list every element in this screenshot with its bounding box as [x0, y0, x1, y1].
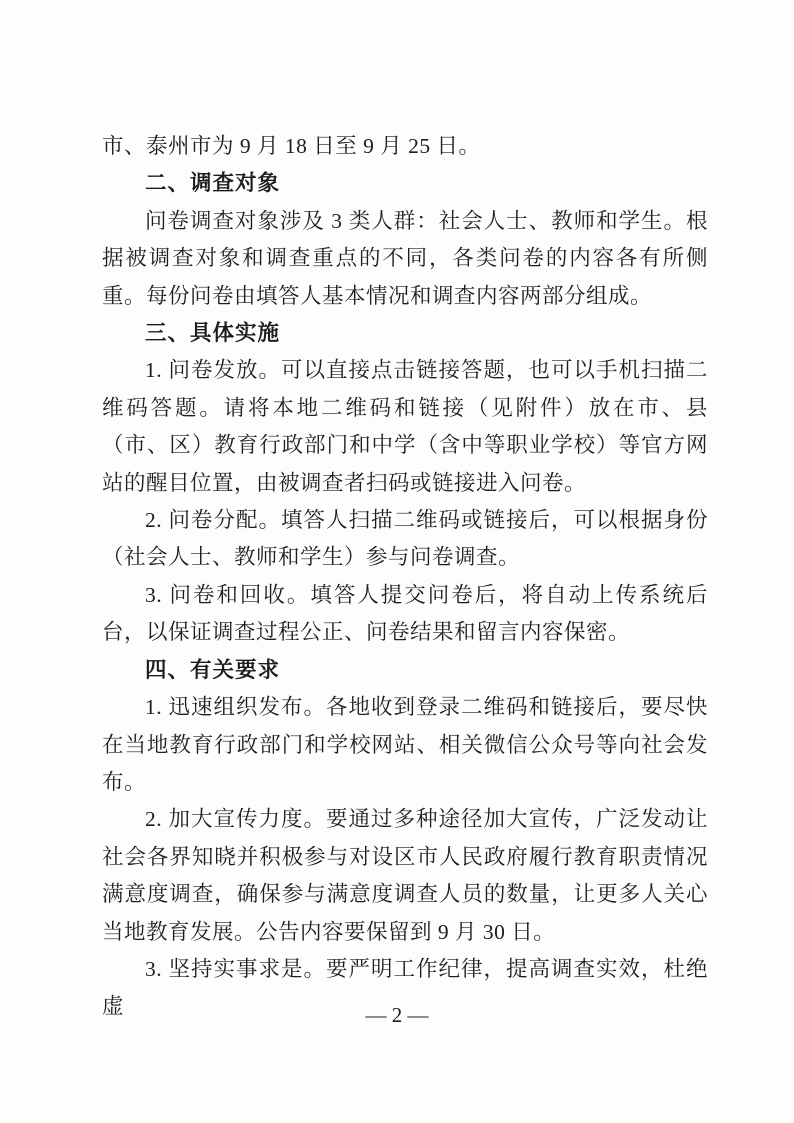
document-body: 市、泰州市为 9 月 18 日至 9 月 25 日。 二、调查对象 问卷调查对象…	[102, 128, 708, 1026]
paragraph: 问卷调查对象涉及 3 类人群：社会人士、教师和学生。根据被调查对象和调查重点的不…	[102, 203, 708, 315]
paragraph: 2. 问卷分配。填答人扫描二维码或链接后，可以根据身份（社会人士、教师和学生）参…	[102, 502, 708, 577]
paragraph-continuation: 市、泰州市为 9 月 18 日至 9 月 25 日。	[102, 128, 708, 165]
paragraph: 2. 加大宣传力度。要通过多种途径加大宣传，广泛发动让社会各界知晓并积极参与对设…	[102, 801, 708, 951]
page-footer: — 2 —	[0, 1000, 794, 1030]
page-number: — 2 —	[366, 1003, 429, 1027]
section-heading-implementation: 三、具体实施	[102, 315, 708, 352]
paragraph: 3. 问卷和回收。填答人提交问卷后，将自动上传系统后台，以保证调查过程公正、问卷…	[102, 577, 708, 652]
section-heading-survey-targets: 二、调查对象	[102, 165, 708, 202]
paragraph: 1. 迅速组织发布。各地收到登录二维码和链接后，要尽快在当地教育行政部门和学校网…	[102, 689, 708, 801]
document-page: 市、泰州市为 9 月 18 日至 9 月 25 日。 二、调查对象 问卷调查对象…	[0, 0, 794, 1123]
section-heading-requirements: 四、有关要求	[102, 652, 708, 689]
paragraph: 1. 问卷发放。可以直接点击链接答题，也可以手机扫描二维码答题。请将本地二维码和…	[102, 352, 708, 502]
